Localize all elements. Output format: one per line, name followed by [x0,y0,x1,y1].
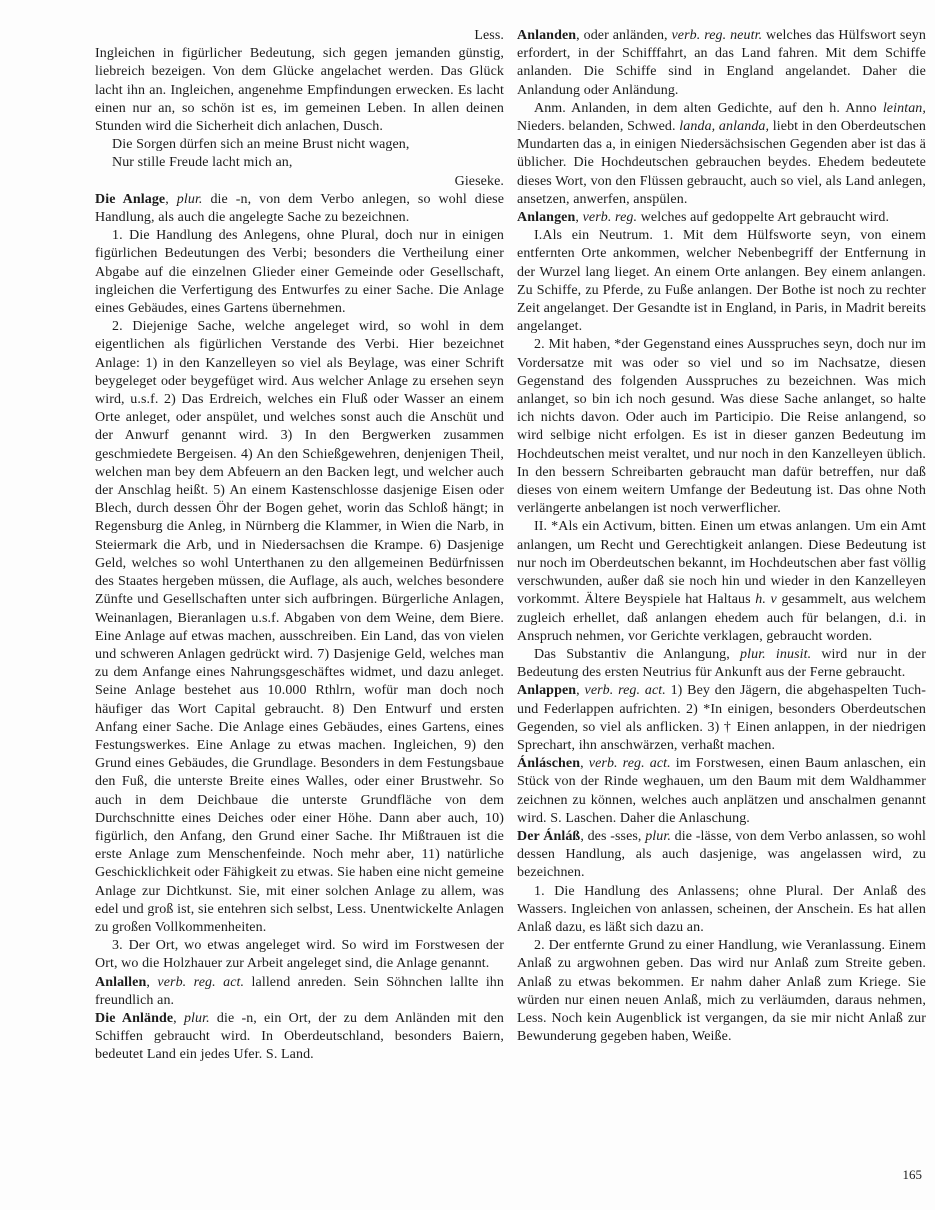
body-text: I.Als ein Neutrum. 1. Mit dem Hülfsworte… [517,228,926,334]
body-text: welches auf gedoppelte Art gebraucht wir… [637,210,889,225]
paragraph: II. *Als ein Activum, bitten. Einen um e… [517,518,926,645]
grammar-label: verb. reg. act. [157,975,244,990]
body-text: 3. Der Ort, wo etwas angeleget wird. So … [95,938,504,971]
dictionary-entry: Anlangen, verb. reg. welches auf gedoppe… [517,209,926,227]
body-text: Less. [474,28,504,43]
dictionary-entry: Die Anlände, plur. die -n, ein Ort, der … [95,1010,504,1065]
body-text: 1. Die Handlung des Anlegens, ohne Plura… [95,228,504,316]
headword: Anlanden [517,28,576,43]
body-text: , [580,756,589,771]
body-text: Ingleichen in figürlicher Bedeutung, sic… [95,46,504,134]
body-text: , oder anländen, [576,28,671,43]
continued-paragraph: Ingleichen in figürlicher Bedeutung, sic… [95,45,504,136]
body-text: 2. Diejenige Sache, welche angeleget wir… [95,319,504,935]
paragraph: Anm. Anlanden, in dem alten Gedichte, au… [517,100,926,209]
dictionary-entry: Anlanden, oder anländen, verb. reg. neut… [517,27,926,100]
dictionary-entry: Anlallen, verb. reg. act. lallend anrede… [95,974,504,1010]
page-number: 165 [903,1167,923,1183]
paragraph: 1. Die Handlung des Anlassens; ohne Plur… [517,883,926,938]
headword: Anlappen [517,683,576,698]
grammar-label: verb. reg. [583,210,638,225]
body-text: Das Substantiv die Anlangung, [534,647,740,662]
paragraph: 2. Der entfernte Grund zu einer Handlung… [517,937,926,1046]
dictionary-page: Less.Ingleichen in figürlicher Bedeutung… [0,0,935,1210]
body-text: , [576,683,584,698]
body-text: 2. Mit haben, *der Gegenstand eines Auss… [517,337,926,516]
body-text: , [575,210,582,225]
body-text: Die Sorgen dürfen sich an meine Brust ni… [112,137,410,152]
column-right: Anlanden, oder anländen, verb. reg. neut… [517,27,926,1046]
body-text: 1. Die Handlung des Anlassens; ohne Plur… [517,884,926,935]
attribution-line: Gieseke. [95,173,504,191]
paragraph: 2. Mit haben, *der Gegenstand eines Auss… [517,336,926,518]
body-text: 2. Der entfernte Grund zu einer Handlung… [517,938,926,1044]
grammar-label: landa, anlanda, [679,119,769,134]
body-text: , [146,975,157,990]
headword: Anlallen [95,975,146,990]
paragraph: 1. Die Handlung des Anlegens, ohne Plura… [95,227,504,318]
grammar-label: plur. [184,1011,210,1026]
headword: Anlangen [517,210,575,225]
grammar-label: verb. reg. act. [585,683,666,698]
paragraph: 2. Diejenige Sache, welche angeleget wir… [95,318,504,937]
body-text: Anm. Anlanden, in dem alten Gedichte, au… [534,101,883,116]
dictionary-entry: Anlappen, verb. reg. act. 1) Bey den Jäg… [517,682,926,755]
grammar-label: plur. [645,829,671,844]
headword: Die Anlage [95,192,165,207]
grammar-label: plur. [177,192,203,207]
body-text: , des -sses, [580,829,645,844]
dictionary-entry: Die Anlage, plur. die -n, von dem Verbo … [95,191,504,227]
paragraph: I.Als ein Neutrum. 1. Mit dem Hülfsworte… [517,227,926,336]
headword: Ánláschen [517,756,580,771]
body-text: Nieders. belanden, Schwed. [517,119,679,134]
paragraph: 3. Der Ort, wo etwas angeleget wird. So … [95,937,504,973]
dictionary-entry: Ánláschen, verb. reg. act. im Forstwesen… [517,755,926,828]
verse-line: Die Sorgen dürfen sich an meine Brust ni… [95,136,504,154]
body-text: Gieseke. [455,174,504,189]
body-text: , [173,1011,184,1026]
grammar-label: plur. inusit. [740,647,811,662]
attribution-line: Less. [95,27,504,45]
headword: Der Ánláß [517,829,580,844]
grammar-label: verb. reg. act. [589,756,671,771]
body-text: , [165,192,177,207]
grammar-label: verb. reg. neutr. [671,28,762,43]
grammar-label: h. v [755,592,777,607]
column-left: Less.Ingleichen in figürlicher Bedeutung… [95,27,504,1065]
verse-line: Nur stille Freude lacht mich an, [95,154,504,172]
dictionary-entry: Der Ánláß, des -sses, plur. die -lässe, … [517,828,926,883]
headword: Die Anlände [95,1011,173,1026]
grammar-label: leintan, [883,101,926,116]
paragraph: Das Substantiv die Anlangung, plur. inus… [517,646,926,682]
body-text: Nur stille Freude lacht mich an, [112,155,292,170]
